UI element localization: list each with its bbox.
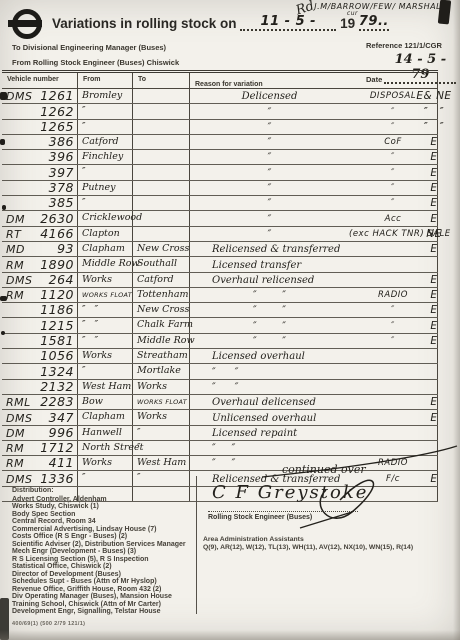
vehicle-number: 2283 bbox=[40, 394, 74, 409]
table-row: DMS 347 Clapham Works Unlicensed overhau… bbox=[2, 410, 438, 425]
vehicle-class: RM bbox=[6, 259, 24, 272]
vehicle-number: 1120 bbox=[40, 287, 74, 302]
distribution-title: Distribution: bbox=[12, 487, 196, 495]
signature-dotted-line bbox=[208, 511, 358, 512]
to-cell: Middle Row bbox=[133, 334, 190, 348]
status-code: E bbox=[411, 335, 457, 348]
from-garage: Works bbox=[78, 273, 132, 287]
from-cell: ″ bbox=[78, 120, 133, 134]
to-cell: Streatham bbox=[133, 349, 190, 363]
reason-text: Unlicensed overhaul bbox=[190, 412, 349, 425]
vehicle-number-cell: DMS 1261 bbox=[2, 89, 78, 103]
status-code: NE bbox=[411, 228, 457, 241]
status-code: E bbox=[411, 412, 457, 425]
distribution-item: Works Study, Chiswick (1) bbox=[12, 503, 196, 511]
vehicle-number-cell: 386 bbox=[2, 135, 78, 149]
form-print-code: 400/69(1) (500 2/79 121/1) bbox=[12, 621, 85, 627]
status-code: E bbox=[411, 289, 457, 302]
from-cell: Clapham bbox=[78, 410, 133, 424]
reason-cell: ″ ″ E bbox=[190, 181, 438, 195]
to-cell: Tottenham bbox=[133, 288, 190, 302]
reason-text: ″ ″ bbox=[190, 320, 349, 333]
table-row: DMS 1261 Bromley Delicensed DISPOSAL E& … bbox=[2, 89, 438, 104]
from-cell: Works bbox=[78, 349, 133, 363]
distribution-list: Distribution: Advert Controller, Aldenha… bbox=[12, 487, 196, 616]
table-row: 1186 ″ ″ New Cross ″ ″ ″ E bbox=[2, 303, 438, 318]
to-cell: Mortlake bbox=[133, 364, 190, 378]
reason-cell: ″ Acc E bbox=[190, 211, 438, 225]
from-garage: ″ bbox=[78, 471, 132, 485]
signature-name: C F Greystoke bbox=[212, 482, 368, 503]
reason-text: ″ ″ bbox=[190, 366, 349, 379]
table-row: 396 Finchley ″ ″ E bbox=[2, 150, 438, 165]
to-cell bbox=[133, 211, 190, 225]
from-garage: Works bbox=[78, 456, 132, 470]
continued-over-note: continued over bbox=[282, 463, 366, 476]
handwritten-year: 79.. bbox=[359, 14, 389, 29]
scan-mark bbox=[2, 205, 6, 210]
to-cell: WORKS FLOAT bbox=[133, 395, 190, 409]
reason-text: Overhaul relicensed bbox=[190, 274, 349, 287]
vehicle-number-cell: 1262 bbox=[2, 104, 78, 118]
table-row: DMS 264 Works Catford Overhaul relicense… bbox=[2, 273, 438, 288]
to-cell: Works bbox=[133, 380, 190, 394]
to-garage: Middle Row bbox=[133, 334, 189, 348]
table-row: 378 Putney ″ ″ E bbox=[2, 181, 438, 196]
to-cell: Catford bbox=[133, 273, 190, 287]
vehicle-number-cell: 1581 bbox=[2, 334, 78, 348]
to-garage: Works bbox=[133, 380, 189, 394]
reason-cell: ″ ″ bbox=[190, 441, 438, 455]
to-cell: New Cross bbox=[133, 303, 190, 317]
vehicle-number: 1581 bbox=[40, 333, 74, 348]
area-admin-block: Area Administration Assistants Q(9), AR(… bbox=[203, 536, 455, 552]
from-cell: ″ ″ bbox=[78, 318, 133, 332]
vehicle-number-cell: DM 2630 bbox=[2, 211, 78, 225]
reason-cell: ″ ″ RADIO E bbox=[190, 288, 438, 302]
col-header-to: To bbox=[133, 73, 190, 88]
from-line: From Rolling Stock Engineer (Buses) Chis… bbox=[12, 58, 179, 67]
distribution-item: Costs Office (R S Engr - Buses) (2) bbox=[12, 533, 196, 541]
vehicle-number: 264 bbox=[49, 272, 74, 287]
to-garage: Tottenham bbox=[133, 288, 189, 302]
distribution-item: Training School, Chiswick (Attn of Mr Ca… bbox=[12, 601, 196, 609]
from-garage: ″ bbox=[78, 120, 132, 134]
reason-text: Licensed transfer bbox=[190, 259, 349, 272]
status-code: E bbox=[411, 473, 457, 486]
reason-cell: Licensed transfer bbox=[190, 257, 438, 271]
from-garage: West Ham bbox=[78, 380, 132, 394]
vehicle-number: 1261 bbox=[40, 88, 74, 103]
table-row: 1262 ″ ″ ″ ″ ″ bbox=[2, 104, 438, 119]
status-code: E bbox=[411, 304, 457, 317]
reason-text: ″ bbox=[190, 213, 349, 226]
vehicle-number-cell: 1056 bbox=[2, 349, 78, 363]
distribution-item: Body Spec Section bbox=[12, 511, 196, 519]
reason-text: ″ ″ bbox=[190, 289, 349, 302]
to-garage: ″ bbox=[133, 471, 189, 485]
vehicle-number-cell: 378 bbox=[2, 181, 78, 195]
vehicle-number-cell: DMS 1336 bbox=[2, 471, 78, 485]
reason-cell: ″ ″ bbox=[190, 380, 438, 394]
table-row: DM 996 Hanwell ″ Licensed repaint bbox=[2, 426, 438, 441]
from-garage: ″ ″ bbox=[78, 303, 132, 317]
reason-text: Relicensed & transferred bbox=[190, 243, 349, 256]
reason-cell: Delicensed DISPOSAL E& NE bbox=[190, 89, 438, 103]
reason-cell: Licensed overhaul bbox=[190, 349, 438, 363]
table-header-row: Vehicle number From To Reason for variat… bbox=[2, 73, 438, 89]
vehicle-number: 386 bbox=[49, 134, 74, 149]
reason-cell: ″ ″ ″ E bbox=[190, 334, 438, 348]
to-garage: West Ham bbox=[133, 456, 189, 470]
vehicle-number: 996 bbox=[49, 425, 74, 440]
vehicle-number: 1712 bbox=[40, 440, 74, 455]
reason-text: ″ bbox=[190, 197, 349, 210]
variations-table: Vehicle number From To Reason for variat… bbox=[2, 70, 438, 502]
reason-text: Licensed overhaul bbox=[190, 350, 349, 363]
vehicle-number: 2630 bbox=[40, 211, 74, 226]
vehicle-number: 1056 bbox=[40, 348, 74, 363]
reference-line: Reference 121/1/CGR bbox=[366, 41, 442, 50]
from-cell: Finchley bbox=[78, 150, 133, 164]
status-code: E bbox=[411, 396, 457, 409]
distribution-item: Development Engr, Signalling, Telstar Ho… bbox=[12, 608, 196, 616]
from-cell: Cricklewood bbox=[78, 211, 133, 225]
from-cell: West Ham bbox=[78, 380, 133, 394]
to-cell bbox=[133, 150, 190, 164]
from-cell: Works bbox=[78, 456, 133, 470]
vehicle-number: 1890 bbox=[40, 257, 74, 272]
reason-text: ″ bbox=[190, 182, 349, 195]
vehicle-number: 93 bbox=[57, 241, 74, 256]
table-row: 1265 ″ ″ ″ ″ ″ bbox=[2, 120, 438, 135]
to-garage: WORKS FLOAT bbox=[133, 395, 189, 409]
table-rows: DMS 1261 Bromley Delicensed DISPOSAL E& … bbox=[2, 89, 438, 487]
reason-cell: ″ ″ ″ E bbox=[190, 303, 438, 317]
reason-text: ″ ″ bbox=[190, 381, 349, 394]
vehicle-number: 411 bbox=[49, 455, 74, 470]
status-code: E& NE bbox=[411, 90, 457, 103]
vehicle-class: DM bbox=[6, 427, 25, 440]
table-row: RT 4166 Clapton ″ (exc HACK TNR) SALE NE bbox=[2, 227, 438, 242]
from-cell: Bow bbox=[78, 395, 133, 409]
reason-cell: Overhaul relicensed E bbox=[190, 273, 438, 287]
form-title-line: Variations in rolling stock on 11 - 5 - … bbox=[52, 13, 389, 31]
area-admin-title: Area Administration Assistants bbox=[203, 536, 455, 544]
reason-cell: Relicensed & transferred E bbox=[190, 242, 438, 256]
from-garage: Clapton bbox=[78, 227, 132, 241]
table-row: 385 ″ ″ ″ E bbox=[2, 196, 438, 211]
reason-cell: ″ ″ ″ E bbox=[190, 318, 438, 332]
signature-role: Rolling Stock Engineer (Buses) bbox=[208, 514, 312, 521]
year-dotted-line: 79.. bbox=[359, 13, 389, 31]
reason-cell: ″ ″ E bbox=[190, 165, 438, 179]
scan-mark bbox=[0, 296, 7, 301]
from-garage: Middle Row bbox=[78, 257, 132, 271]
to-cell: ″ bbox=[133, 441, 190, 455]
status-code: E bbox=[411, 213, 457, 226]
vehicle-number-cell: RM 1120 bbox=[2, 288, 78, 302]
vehicle-number-cell: DMS 264 bbox=[2, 273, 78, 287]
area-admin-codes: Q(9), AR(12), W(12), TL(13), WH(11), AV(… bbox=[203, 544, 455, 552]
table-row: 1324 ″ Mortlake ″ ″ bbox=[2, 364, 438, 379]
from-garage: Putney bbox=[78, 181, 132, 195]
from-cell: ″ ″ bbox=[78, 303, 133, 317]
table-row: 1056 Works Streatham Licensed overhaul bbox=[2, 349, 438, 364]
vehicle-class: DMS bbox=[6, 90, 32, 103]
vehicle-number: 347 bbox=[49, 410, 74, 425]
distribution-item: Advert Controller, Aldenham bbox=[12, 496, 196, 504]
from-garage: Hanwell bbox=[78, 426, 132, 440]
to-garage: Catford bbox=[133, 273, 189, 287]
to-cell bbox=[133, 135, 190, 149]
vehicle-number-cell: RM 411 bbox=[2, 456, 78, 470]
vehicle-number-cell: 1324 bbox=[2, 364, 78, 378]
table-row: 1581 ″ ″ Middle Row ″ ″ ″ E bbox=[2, 334, 438, 349]
to-cell: Chalk Farm bbox=[133, 318, 190, 332]
from-garage: Bromley bbox=[78, 89, 132, 103]
to-cell: ″ bbox=[133, 426, 190, 440]
to-cell bbox=[133, 181, 190, 195]
london-transport-roundel-logo bbox=[8, 9, 42, 35]
vehicle-number: 385 bbox=[49, 195, 74, 210]
reason-text: ″ ″ bbox=[190, 304, 349, 317]
vehicle-number-cell: 397 bbox=[2, 165, 78, 179]
vehicle-number-cell: RT 4166 bbox=[2, 227, 78, 241]
to-garage: New Cross bbox=[133, 242, 189, 256]
reason-text: ″ bbox=[190, 136, 349, 149]
from-cell: Bromley bbox=[78, 89, 133, 103]
from-garage: Clapham bbox=[78, 242, 132, 256]
vehicle-number-cell: RML 2283 bbox=[2, 395, 78, 409]
vehicle-number-cell: 396 bbox=[2, 150, 78, 164]
to-cell: New Cross bbox=[133, 242, 190, 256]
vehicle-class: DMS bbox=[6, 473, 32, 486]
roundel-bar bbox=[8, 20, 42, 27]
form-header: Variations in rolling stock on 11 - 5 - … bbox=[8, 9, 389, 35]
reason-text: ″ bbox=[190, 228, 349, 241]
scan-mark bbox=[0, 139, 5, 145]
from-cell: ″ ″ bbox=[78, 334, 133, 348]
distribution-item: Scientific Adviser (2), Distribution Ser… bbox=[12, 541, 196, 549]
vehicle-class: DMS bbox=[6, 412, 32, 425]
reason-text: Licensed repaint bbox=[190, 427, 349, 440]
table-row: 397 ″ ″ ″ E bbox=[2, 165, 438, 180]
vehicle-number-cell: 1215 bbox=[2, 318, 78, 332]
to-cell bbox=[133, 165, 190, 179]
table-row: MD 93 Clapham New Cross Relicensed & tra… bbox=[2, 242, 438, 257]
vehicle-number: 378 bbox=[49, 180, 74, 195]
vehicle-number-cell: 2132 bbox=[2, 380, 78, 394]
table-row: DM 2630 Cricklewood ″ Acc E bbox=[2, 211, 438, 226]
from-cell: Hanwell bbox=[78, 426, 133, 440]
vehicle-number-cell: DM 996 bbox=[2, 426, 78, 440]
handwritten-day-month: 11 - 5 - bbox=[261, 14, 317, 29]
from-cell: Catford bbox=[78, 135, 133, 149]
vehicle-number-cell: RM 1890 bbox=[2, 257, 78, 271]
from-garage: Bow bbox=[78, 395, 132, 409]
from-garage: ″ ″ bbox=[78, 318, 132, 332]
distribution-item: Commercial Advertising, Lindsay House (7… bbox=[12, 526, 196, 534]
scanned-form-page: J.M/BARROW/FEW/ MARSHALL cur Rd Variatio… bbox=[0, 0, 460, 640]
vehicle-number: 1324 bbox=[40, 364, 74, 379]
from-garage: Catford bbox=[78, 135, 132, 149]
from-garage: ″ bbox=[78, 196, 132, 210]
distribution-items: Advert Controller, Aldenham Works Study,… bbox=[12, 496, 196, 616]
reason-cell: Overhaul delicensed E bbox=[190, 395, 438, 409]
reason-cell: Licensed repaint bbox=[190, 426, 438, 440]
to-garage: Streatham bbox=[133, 349, 189, 363]
reason-text: Overhaul delicensed bbox=[190, 396, 349, 409]
to-cell bbox=[133, 104, 190, 118]
table-row: RM 1120 WORKS FLOAT Tottenham ″ ″ RADIO … bbox=[2, 288, 438, 303]
col-header-reason: Reason for variation bbox=[190, 73, 438, 88]
from-cell: North Street bbox=[78, 441, 133, 455]
to-cell bbox=[133, 196, 190, 210]
from-garage: Clapham bbox=[78, 410, 132, 424]
vehicle-number: 1336 bbox=[40, 471, 74, 486]
to-cell: West Ham bbox=[133, 456, 190, 470]
reason-text: Delicensed bbox=[190, 90, 349, 103]
vehicle-number: 1262 bbox=[40, 104, 74, 119]
vehicle-number-cell: 1186 bbox=[2, 303, 78, 317]
reason-text: ″ bbox=[190, 106, 349, 119]
scan-mark bbox=[1, 331, 5, 335]
vehicle-number-cell: MD 93 bbox=[2, 242, 78, 256]
from-cell: Clapham bbox=[78, 242, 133, 256]
distribution-item: Statistical Office, Chiswick (2) bbox=[12, 563, 196, 571]
vehicle-number-cell: DMS 347 bbox=[2, 410, 78, 424]
to-garage: ″ bbox=[133, 441, 189, 455]
to-cell bbox=[133, 120, 190, 134]
vehicle-number: 1186 bbox=[40, 302, 74, 317]
to-line: To Divisional Engineering Manager (Buses… bbox=[12, 43, 166, 52]
distribution-item: R S Licensing Section (5), R S Inspectio… bbox=[12, 556, 196, 564]
table-row: 386 Catford ″ CoF E bbox=[2, 135, 438, 150]
table-row: RML 2283 Bow WORKS FLOAT Overhaul delice… bbox=[2, 395, 438, 410]
status-code: E bbox=[411, 197, 457, 210]
from-cell: ″ bbox=[78, 364, 133, 378]
table-row: RM 411 Works West Ham ″ ″ RADIO bbox=[2, 456, 438, 471]
status-code: ″ ″ bbox=[411, 106, 457, 119]
vehicle-class: RM bbox=[6, 289, 24, 302]
vehicle-class: RML bbox=[6, 396, 31, 409]
printed-century: 19 bbox=[340, 16, 355, 31]
from-garage: Finchley bbox=[78, 150, 132, 164]
reason-text: ″ bbox=[190, 151, 349, 164]
distribution-item: Director of Development (Buses) bbox=[12, 571, 196, 579]
from-garage: ″ bbox=[78, 104, 132, 118]
status-code: E bbox=[411, 136, 457, 149]
date-dotted-line: 11 - 5 - bbox=[240, 13, 336, 31]
from-cell: ″ bbox=[78, 165, 133, 179]
table-row: 2132 West Ham Works ″ ″ bbox=[2, 380, 438, 395]
reason-cell: ″ ″ ″ ″ bbox=[190, 120, 438, 134]
from-cell: Middle Row bbox=[78, 257, 133, 271]
from-cell: ″ bbox=[78, 471, 133, 485]
to-cell: Southall bbox=[133, 257, 190, 271]
reason-text: ″ bbox=[190, 167, 349, 180]
reason-text: ″ ″ bbox=[190, 442, 349, 455]
vehicle-number: 4166 bbox=[40, 226, 74, 241]
scan-edge-shadow bbox=[0, 630, 460, 640]
vehicle-number: 1265 bbox=[40, 119, 74, 134]
distribution-item: Div Operating Manager (Buses), Mansion H… bbox=[12, 593, 196, 601]
distribution-item: Revenue Office, Griffith House, Room 432… bbox=[12, 586, 196, 594]
to-garage: Works bbox=[133, 410, 189, 424]
reason-cell: ″ CoF E bbox=[190, 135, 438, 149]
to-garage: New Cross bbox=[133, 303, 189, 317]
from-garage: Cricklewood bbox=[78, 211, 132, 225]
reason-cell: ″ ″ ″ ″ bbox=[190, 104, 438, 118]
reason-text: ″ bbox=[190, 121, 349, 134]
divider-line bbox=[196, 476, 197, 614]
from-garage: Works bbox=[78, 349, 132, 363]
vehicle-number: 1215 bbox=[40, 318, 74, 333]
to-garage: Chalk Farm bbox=[133, 318, 189, 332]
reason-cell: ″ ″ E bbox=[190, 196, 438, 210]
vehicle-number: 2132 bbox=[40, 379, 74, 394]
from-garage: WORKS FLOAT bbox=[78, 288, 132, 302]
vehicle-number-cell: RM 1712 bbox=[2, 441, 78, 455]
table-row: RM 1890 Middle Row Southall Licensed tra… bbox=[2, 257, 438, 272]
reason-cell: ″ (exc HACK TNR) SALE NE bbox=[190, 227, 438, 241]
to-garage: ″ bbox=[133, 426, 189, 440]
status-code: E bbox=[411, 151, 457, 164]
from-garage: North Street bbox=[78, 441, 132, 455]
from-cell: Works bbox=[78, 273, 133, 287]
form-title: Variations in rolling stock on bbox=[52, 16, 237, 31]
to-cell: ″ bbox=[133, 471, 190, 485]
from-garage: ″ bbox=[78, 165, 132, 179]
table-row: 1215 ″ ″ Chalk Farm ″ ″ ″ E bbox=[2, 318, 438, 333]
col-header-vehicle-number: Vehicle number bbox=[2, 73, 78, 88]
from-cell: WORKS FLOAT bbox=[78, 288, 133, 302]
from-cell: ″ bbox=[78, 104, 133, 118]
table-row: RM 1712 North Street ″ ″ ″ bbox=[2, 441, 438, 456]
col-header-from: From bbox=[78, 73, 133, 88]
reason-cell: Unlicensed overhaul E bbox=[190, 410, 438, 424]
to-cell bbox=[133, 89, 190, 103]
vehicle-number: 397 bbox=[49, 165, 74, 180]
reason-cell: ″ ″ bbox=[190, 364, 438, 378]
from-cell: Putney bbox=[78, 181, 133, 195]
vehicle-number-cell: 1265 bbox=[2, 120, 78, 134]
vehicle-class: RM bbox=[6, 442, 24, 455]
status-code: ″ ″ bbox=[411, 121, 457, 134]
from-garage: ″ ″ bbox=[78, 334, 132, 348]
status-code: E bbox=[411, 167, 457, 180]
status-code: E bbox=[411, 320, 457, 333]
distribution-item: Mech Engr (Development - Buses) (3) bbox=[12, 548, 196, 556]
to-cell: Works bbox=[133, 410, 190, 424]
vehicle-class: RT bbox=[6, 228, 21, 241]
status-code: E bbox=[411, 243, 457, 256]
distribution-item: Schedules Supt - Buses (Attn of Mr Hyslo… bbox=[12, 578, 196, 586]
vehicle-class: DM bbox=[6, 213, 25, 226]
distribution-item: Central Record, Room 34 bbox=[12, 518, 196, 526]
to-garage: Southall bbox=[133, 257, 189, 271]
from-cell: ″ bbox=[78, 196, 133, 210]
scan-mark bbox=[0, 92, 7, 100]
vehicle-number: 396 bbox=[49, 149, 74, 164]
reason-text: ″ ″ bbox=[190, 335, 349, 348]
vehicle-class: MD bbox=[6, 243, 25, 256]
vehicle-number-cell: 385 bbox=[2, 196, 78, 210]
to-garage: Mortlake bbox=[133, 364, 189, 378]
vehicle-class: DMS bbox=[6, 274, 32, 287]
to-cell bbox=[133, 227, 190, 241]
